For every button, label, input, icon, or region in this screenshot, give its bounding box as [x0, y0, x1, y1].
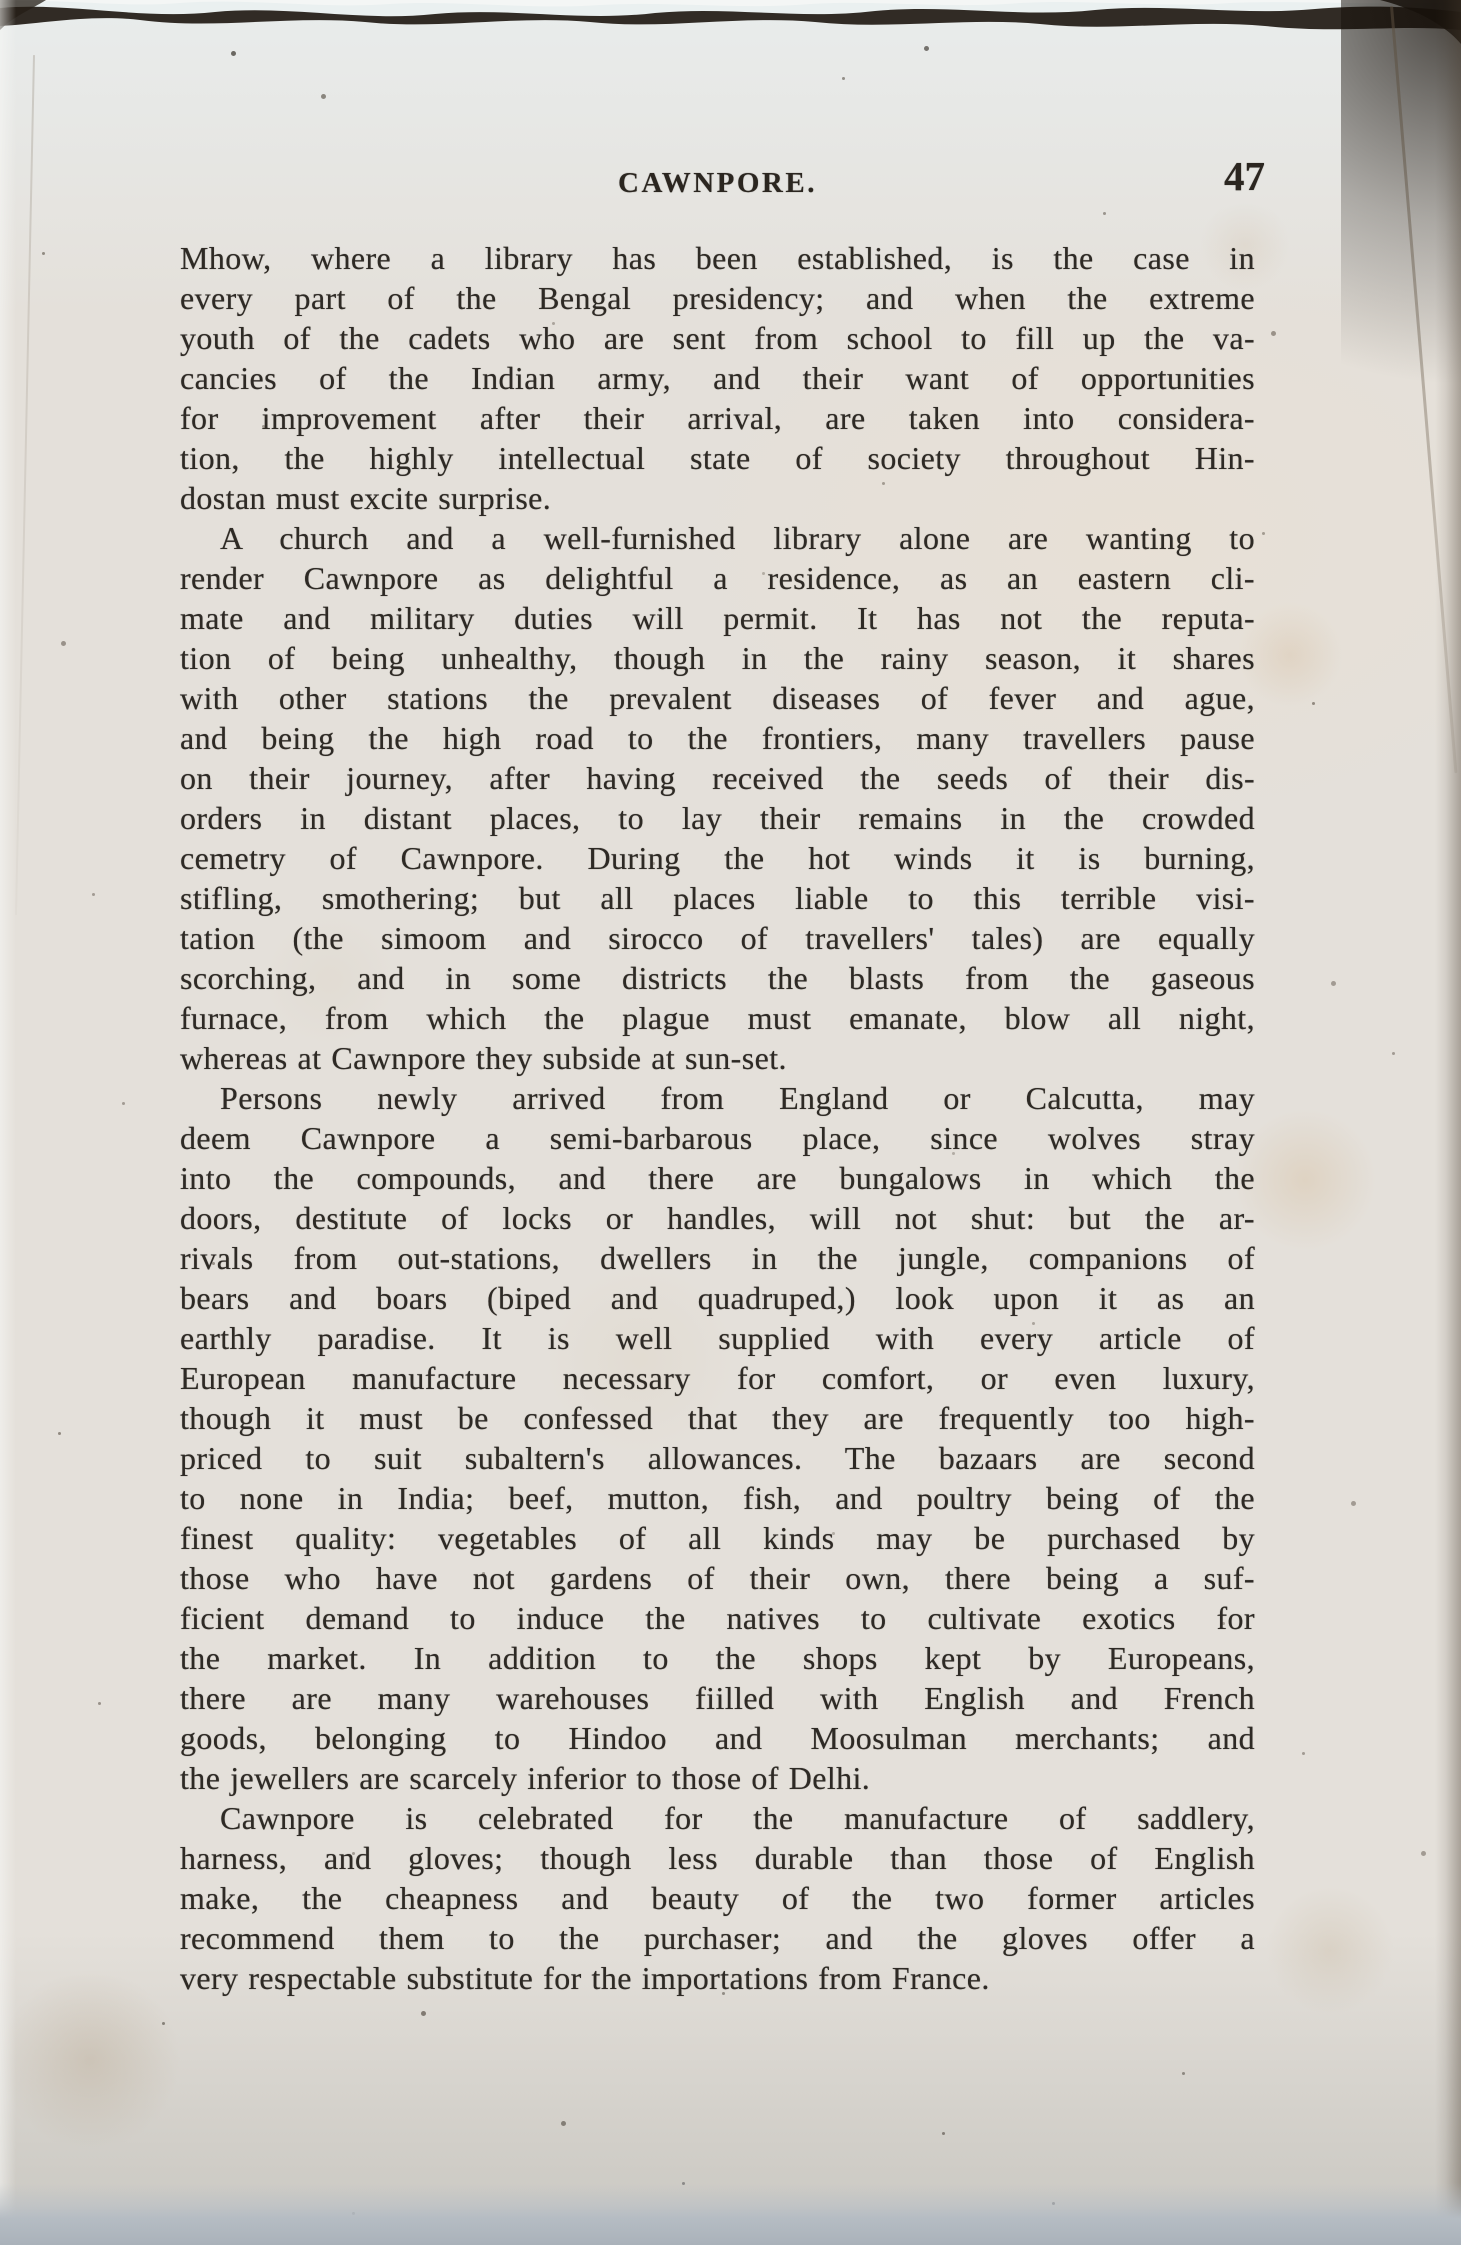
paragraph: Mhow, where a library has been establish…	[180, 238, 1255, 518]
text-line: into the compounds, and there are bungal…	[180, 1158, 1255, 1198]
text-line: recommend them to the purchaser; and the…	[180, 1918, 1255, 1958]
text-line: A church and a well-furnished library al…	[180, 518, 1255, 558]
text-line: though it must be confessed that they ar…	[180, 1398, 1255, 1438]
page-corner-shadow	[1341, 0, 1461, 520]
text-line: and being the high road to the frontiers…	[180, 718, 1255, 758]
text-line: furnace, from which the plague must eman…	[180, 998, 1255, 1038]
text-line: scorching, and in some districts the bla…	[180, 958, 1255, 998]
text-line: earthly paradise. It is well supplied wi…	[180, 1318, 1255, 1358]
text-line: with other stations the prevalent diseas…	[180, 678, 1255, 718]
text-line: the jewellers are scarcely inferior to t…	[180, 1758, 1255, 1798]
text-line: tation (the simoom and sirocco of travel…	[180, 918, 1255, 958]
text-line: harness, and gloves; though less durable…	[180, 1838, 1255, 1878]
left-paper-crease	[15, 55, 35, 915]
text-line: European manufacture necessary for comfo…	[180, 1358, 1255, 1398]
text-line: on their journey, after having received …	[180, 758, 1255, 798]
page-number: 47	[1095, 152, 1265, 200]
text-line: for improvement after their arrival, are…	[180, 398, 1255, 438]
text-line: those who have not gardens of their own,…	[180, 1558, 1255, 1598]
text-line: tion, the highly intellectual state of s…	[180, 438, 1255, 478]
text-line: every part of the Bengal presidency; and…	[180, 278, 1255, 318]
text-line: cancies of the Indian army, and their wa…	[180, 358, 1255, 398]
text-line: bears and boars (biped and quadruped,) l…	[180, 1278, 1255, 1318]
text-line: Persons newly arrived from England or Ca…	[180, 1078, 1255, 1118]
running-title: CAWNPORE.	[180, 167, 1255, 200]
text-line: deem Cawnpore a semi-barbarous place, si…	[180, 1118, 1255, 1158]
text-line: cemetry of Cawnpore. During the hot wind…	[180, 838, 1255, 878]
paragraph: Cawnpore is celebrated for the manufactu…	[180, 1798, 1255, 1998]
text-line: Cawnpore is celebrated for the manufactu…	[180, 1798, 1255, 1838]
text-line: rivals from out-stations, dwellers in th…	[180, 1238, 1255, 1278]
text-line: the market. In addition to the shops kep…	[180, 1638, 1255, 1678]
text-line: youth of the cadets who are sent from sc…	[180, 318, 1255, 358]
page-right-edge-shadow	[1435, 0, 1461, 2245]
text-line: doors, destitute of locks or handles, wi…	[180, 1198, 1255, 1238]
scan-bottom-strip	[0, 2183, 1461, 2245]
paragraph: Persons newly arrived from England or Ca…	[180, 1078, 1255, 1798]
page-edge-crease-line	[1390, 6, 1457, 774]
left-edge-highlight	[0, 0, 16, 2245]
paragraph: A church and a well-furnished library al…	[180, 518, 1255, 1078]
text-line: mate and military duties will permit. It…	[180, 598, 1255, 638]
torn-paper-top-edge	[0, 0, 1461, 54]
text-line: dostan must excite surprise.	[180, 478, 1255, 518]
text-line: Mhow, where a library has been establish…	[180, 238, 1255, 278]
text-line: there are many warehouses fiilled with E…	[180, 1678, 1255, 1718]
text-line: very respectable substitute for the impo…	[180, 1958, 1255, 1998]
text-line: priced to suit subaltern's allowances. T…	[180, 1438, 1255, 1478]
text-line: goods, belonging to Hindoo and Moosulman…	[180, 1718, 1255, 1758]
scanned-book-page: CAWNPORE. 47 Mhow, where a library has b…	[0, 0, 1461, 2245]
text-line: stifling, smothering; but all places lia…	[180, 878, 1255, 918]
text-line: ficient demand to induce the natives to …	[180, 1598, 1255, 1638]
text-line: tion of being unhealthy, though in the r…	[180, 638, 1255, 678]
text-line: orders in distant places, to lay their r…	[180, 798, 1255, 838]
text-line: to none in India; beef, mutton, fish, an…	[180, 1478, 1255, 1518]
text-line: render Cawnpore as delightful a residenc…	[180, 558, 1255, 598]
body-text: Mhow, where a library has been establish…	[180, 238, 1255, 1998]
text-line: whereas at Cawnpore they subside at sun-…	[180, 1038, 1255, 1078]
text-line: make, the cheapness and beauty of the tw…	[180, 1878, 1255, 1918]
text-line: finest quality: vegetables of all kinds …	[180, 1518, 1255, 1558]
